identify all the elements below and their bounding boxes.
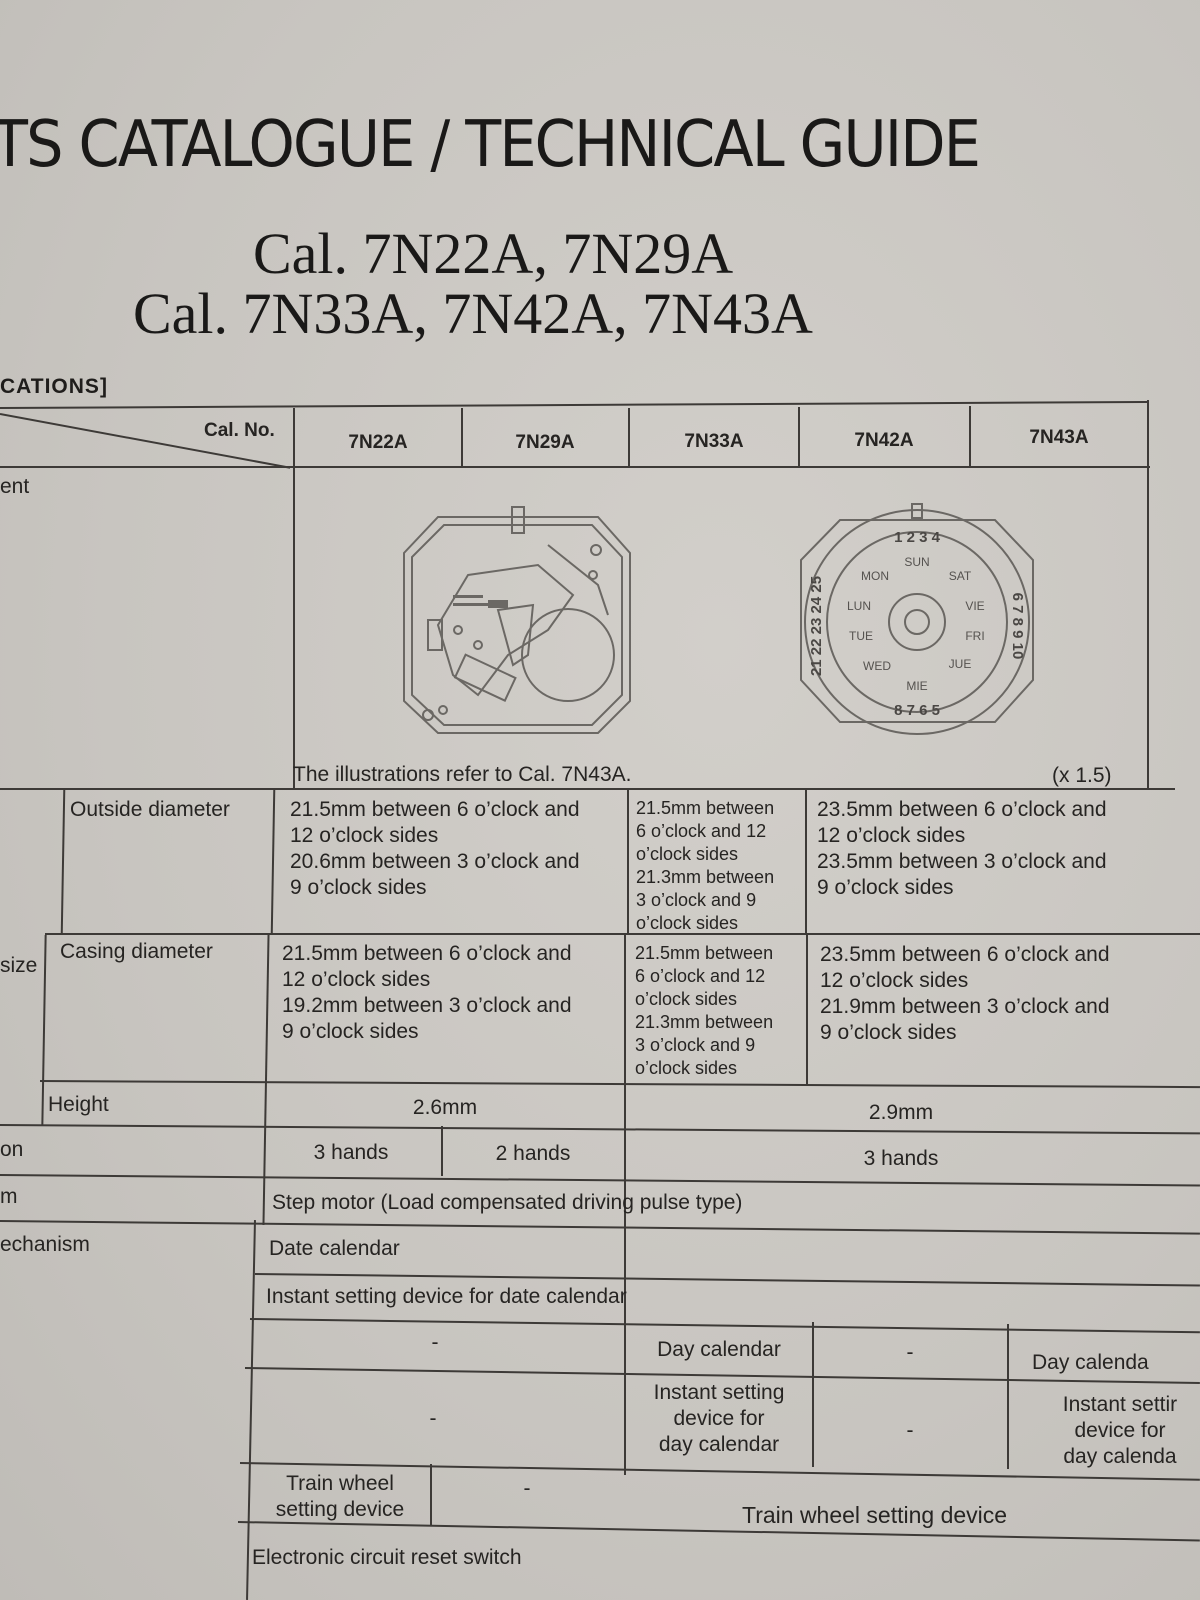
svg-text:MIE: MIE (906, 679, 927, 693)
day-calendar-7n42a: - (814, 1340, 1006, 1366)
svg-text:WED: WED (863, 659, 891, 673)
train-wheel-7n22a: Train wheelsetting device (250, 1471, 430, 1523)
height-7n22a-7n29a: 2.6mm (266, 1095, 624, 1121)
indication-7n22a: 3 hands (262, 1140, 440, 1166)
svg-text:1 2 3 4: 1 2 3 4 (894, 529, 941, 546)
indication-7n33a-7n42a-7n43a: 3 hands (626, 1146, 1176, 1172)
day-calendar-7n33a: Day calendar (626, 1337, 812, 1363)
row-label-casing-diameter: Casing diameter (60, 939, 213, 965)
column-header-7n29a: 7N29A (462, 430, 628, 456)
column-header-7n43a: 7N43A (970, 425, 1148, 451)
row-label-mechanism: echanism (0, 1232, 90, 1258)
train-wheel-7n29a: - (432, 1476, 622, 1502)
day-calendar-7n22a-7n29a: - (250, 1330, 620, 1356)
svg-text:MON: MON (861, 569, 889, 583)
row-label-movement: ent (0, 474, 29, 500)
casing-diameter-7n22a-7n29a: 21.5mm between 6 o’clock and12 o’clock s… (282, 941, 572, 1045)
row-label-size: size (0, 953, 37, 979)
outside-diameter-7n42a-7n43a: 23.5mm between 6 o’clock and12 o’clock s… (817, 797, 1107, 901)
movement-front-icon (398, 505, 638, 740)
day-calendar-7n43a: Day calenda (1032, 1350, 1149, 1376)
indication-7n29a: 2 hands (443, 1141, 623, 1167)
instant-day-7n42a: - (814, 1418, 1006, 1444)
instant-date-setting: Instant setting device for date calendar (266, 1284, 627, 1310)
svg-text:LUN: LUN (847, 599, 871, 613)
section-heading: CATIONS] (0, 375, 108, 399)
date-calendar: Date calendar (269, 1236, 400, 1262)
row-label-indication: on (0, 1137, 23, 1163)
casing-diameter-7n33a: 21.5mm between6 o’clock and 12o’clock si… (635, 942, 773, 1080)
svg-text:6 7 8 9 10: 6 7 8 9 10 (1009, 593, 1026, 660)
row-label-outside-diameter: Outside diameter (70, 797, 230, 823)
outside-diameter-7n22a-7n29a: 21.5mm between 6 o’clock and12 o’clock s… (290, 797, 580, 901)
svg-text:21 22 23 24 25: 21 22 23 24 25 (808, 576, 825, 676)
calendar-dial-icon: 1 2 3 4 8 7 6 5 6 7 8 9 10 21 22 23 24 2… (795, 500, 1040, 740)
instant-day-7n43a: Instant settirdevice forday calenda (1025, 1392, 1200, 1470)
illustration-note: The illustrations refer to Cal. 7N43A. (293, 762, 631, 788)
svg-text:8 7 6 5: 8 7 6 5 (894, 702, 940, 719)
svg-text:SUN: SUN (904, 555, 929, 569)
cal-no-label: Cal. No. (204, 418, 275, 444)
casing-diameter-7n42a-7n43a: 23.5mm between 6 o’clock and12 o’clock s… (820, 942, 1110, 1046)
caliber-heading-2: Cal. 7N33A, 7N42A, 7N43A (133, 280, 813, 347)
svg-text:JUE: JUE (949, 657, 972, 671)
column-header-7n22a: 7N22A (295, 430, 461, 456)
svg-text:SAT: SAT (949, 569, 972, 583)
column-header-7n33a: 7N33A (629, 429, 799, 455)
row-label-system: m (0, 1184, 18, 1210)
train-wheel-7n33a-7n42a-7n43a: Train wheel setting device (742, 1502, 1007, 1528)
instant-day-7n33a: Instant settingdevice forday calendar (626, 1380, 812, 1458)
svg-text:TUE: TUE (849, 629, 873, 643)
outside-diameter-7n33a: 21.5mm between6 o’clock and 12o’clock si… (636, 797, 774, 935)
svg-text:VIE: VIE (965, 599, 984, 613)
document-title: TS CATALOGUE / TECHNICAL GUIDE (0, 108, 979, 182)
column-header-7n42a: 7N42A (799, 428, 969, 454)
illustration-scale: (x 1.5) (1052, 763, 1112, 789)
reset-switch: Electronic circuit reset switch (252, 1545, 522, 1571)
svg-text:FRI: FRI (965, 629, 984, 643)
row-label-height: Height (48, 1092, 109, 1118)
caliber-heading-1: Cal. 7N22A, 7N29A (253, 220, 733, 287)
height-7n33a-7n42a-7n43a: 2.9mm (626, 1100, 1176, 1126)
system-value: Step motor (Load compensated driving pul… (272, 1190, 742, 1216)
instant-day-7n22a-7n29a: - (248, 1406, 618, 1432)
